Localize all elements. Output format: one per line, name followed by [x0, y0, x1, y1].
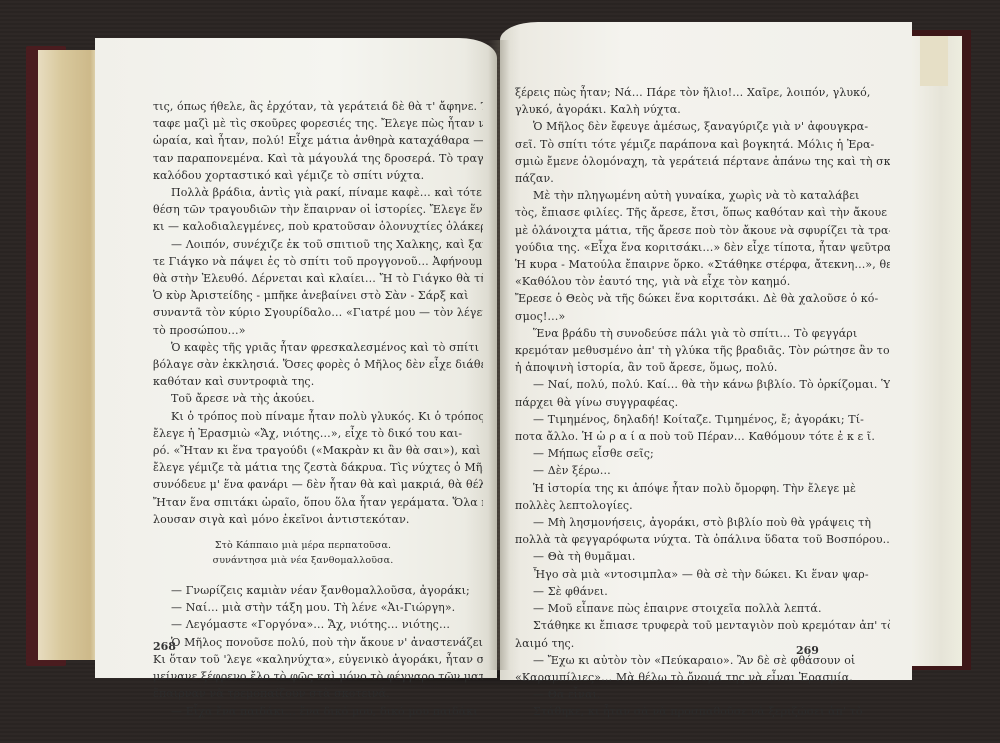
text-line: — Ναί… μιὰ στὴν τάξη μου. Τὴ λένε «Ἀι-Γι…: [153, 599, 483, 616]
text-line: — Μοῦ εἶπανε πὼς ἐπαιρνε στοιχεῖα πολλὰ …: [515, 600, 890, 617]
text-line: πολλὲς λεπτολογίες.: [515, 497, 890, 514]
text-line: βόλαγε σὰν ἐκκλησιά. Ὅσες φορὲς ὁ Μῆλος …: [153, 356, 483, 373]
text-line: σμος!…»: [515, 308, 890, 325]
text-line: τὸς, ἔπιασε φιλίες. Τῆς ἄρεσε, ἔτσι, ὅπω…: [515, 204, 890, 221]
text-line: θὰ στὴν Ἐλευθό. Δέρνεται καὶ κλαίει… Ἤ τ…: [153, 270, 483, 287]
text-line: κι — καλοδιαλεγμένες, ποὺ κρατοῦσαν ὁλον…: [153, 218, 483, 235]
text-line: — Γνωρίζεις καμιὰν νέαν ξανθομαλλοῦσα, ἀ…: [153, 582, 483, 599]
text-line: Κι ὅταν τοῦ 'λεγε «καληνύχτα», εὐγενικὸ …: [153, 651, 483, 668]
text-line: τε Γιάγκο νὰ πάψει ἐς τὸ σπίτι τοῦ προγγ…: [153, 253, 483, 270]
text-line: Μὲ τὴν πληγωμένη αὐτὴ γυναίκα, χωρὶς νὰ …: [515, 187, 890, 204]
text-line: κρεμόταν μεθυσμένο ἀπ' τὴ γλύκα τῆς βραδ…: [515, 342, 890, 359]
text-line: — Λεγόμαστε «Γοργόνα»… Ἄχ, νιότης… νιότη…: [153, 616, 483, 633]
text-line: ταφε μαζὶ μὲ τὶς σκοῦρες φορεσιές της. Ἔ…: [153, 115, 483, 132]
text-line: σεῖ. Τὸ σπίτι τότε γέμιζε παράπονα καὶ β…: [515, 136, 890, 153]
text-line: συναντᾶ τὸν κύριο Σγουρίδαλο… «Γιατρέ μο…: [153, 304, 483, 321]
text-line: μὲ ὁλάνοιχτα μάτια, τῆς ἄρεσε ποὺ τὸν ἄκ…: [515, 222, 890, 239]
text-line: Ἕνα βράδυ τὴ συνοδεύσε πάλι γιὰ τὸ σπίτι…: [515, 325, 890, 342]
text-line: θέση τῶν τραγουδιῶν τὴν ἔπαιρναν οἱ ἱστο…: [153, 201, 483, 218]
text-line: — Τιμημένος, δηλαδή! Κοίταζε. Τιμημένος,…: [515, 411, 890, 428]
text-line: μείνανε ξέφρενο ἔλο τὸ φῶς καὶ μόνο τὸ φ…: [153, 668, 483, 685]
text-line: ρό. «Ἤταν κι ἕνα τραγούδι («Μακρὰν κι ἂν…: [153, 442, 483, 459]
text-line: — Σὲ φθάνει.: [515, 583, 890, 600]
poem-line: συνάντησα μιὰ νέα ξανθομαλλοῦσα.: [153, 553, 453, 568]
text-line: — Ναί, πολύ, πολύ. Καί… θὰ τὴν κάνω βιβλ…: [515, 376, 890, 393]
poem-verse: Στὸ Κάππαιο μιὰ μέρα περπατοῦσα. συνάντη…: [153, 538, 483, 568]
text-line: Ὁ καφὲς τῆς γριᾶς ἦταν φρεσκαλεσμένος κα…: [153, 339, 483, 356]
text-line: «Καθόλου τὸν ἑαυτό της, γιὰ νὰ εἶχε τὸν …: [515, 273, 890, 290]
text-line: — Δὲν ξέρω…: [515, 462, 890, 479]
text-line: Ἤταν ἕνα σπιτάκι ὡραῖο, ὅπου ὅλα ἦταν γε…: [153, 494, 483, 511]
text-line: Ἔρεσε ὁ Θεὸς νὰ τῆς δώκει ἕνα κοριτσάκι.…: [515, 290, 890, 307]
text-line: Ὁ Μῆλος δὲν ἔφευγε ἀμέσως, ξαναγύριζε γι…: [515, 118, 890, 135]
page-block-left-edge: [38, 50, 96, 660]
text-line: γούδια της. «Εἶχα ἕνα κοριτσάκι…» δὲν εἶ…: [515, 239, 890, 256]
text-line: «Καραμπίλιες»… Μὰ θέλω τὸ ὄνομά της νὰ ε…: [515, 669, 890, 686]
text-line: καλόδου χορταστικό καὶ γέμιζε τὸ σπίτι ν…: [153, 167, 483, 184]
text-line: ἔλεγε ἡ Ἐρασμιὼ «Ἄχ, νιότης…», εἶχε τὸ δ…: [153, 425, 483, 442]
text-line: λουσαν σιγὰ καὶ μόνο ἐκεῖνοι ἀντιστεκότα…: [153, 511, 483, 528]
text-line: ἔπαιρναν νὰ τρεμοπαίζουν στὰ σκοτεινά.: [153, 685, 483, 702]
text-line: — Ἔχω κι αὐτὸν τὸν «Πεύκαραιο». Ἂν δὲ σὲ…: [515, 652, 890, 669]
text-line: πάζαν.: [515, 170, 890, 187]
right-page-text: ξέρεις πὼς ἦταν; Νά… Πάρε τὸν ἥλιο!… Χαῖ…: [515, 84, 890, 721]
text-line: καθόταν καὶ συντροφιὰ της.: [153, 373, 483, 390]
poem-line: Στὸ Κάππαιο μιὰ μέρα περπατοῦσα.: [153, 538, 453, 553]
text-line: τὸ προσώπου…»: [153, 322, 483, 339]
text-line: Ἡ κυρα - Ματούλα ἔπαιρνε ὅρκο. «Στάθηκε …: [515, 256, 890, 273]
text-line: ξέρεις πὼς ἦταν; Νά… Πάρε τὸν ἥλιο!… Χαῖ…: [515, 84, 890, 101]
left-page: τις, όπως ήθελε, ἂς ἐρχόταν, τὰ γεράτειά…: [95, 38, 497, 678]
text-line: Πολλὰ βράδια, ἀντὶς γιὰ ρακί, πίναμε καφ…: [153, 184, 483, 201]
left-page-text: τις, όπως ήθελε, ἂς ἐρχόταν, τὰ γεράτειά…: [153, 98, 483, 720]
text-line: ποτα ἄλλο. Ἡ ὡ ρ α ί α ποὺ τοῦ Πέραν… Κα…: [515, 428, 890, 445]
text-line: — Εἶχα ἕνα παιδάκι… ἕνα δικό μου, δικό μ…: [153, 703, 483, 720]
text-line: Στάθηκε κι ἔπιασε τρυφερὰ τοῦ μενταγιὸν …: [515, 617, 890, 634]
text-line: Ἡ ἱστορία της κι ἀπόψε ἦταν πολὺ ὄμορφη.…: [515, 480, 890, 497]
text-line: — Μὴ λησμονήσεις, ἀγοράκι, στὸ βιβλίο πο…: [515, 514, 890, 531]
right-page: ξέρεις πὼς ἦταν; Νά… Πάρε τὸν ἥλιο!… Χαῖ…: [500, 22, 912, 680]
text-line: ταν παραπονεμένα. Καὶ τὰ μάγουλά της δρο…: [153, 150, 483, 167]
text-line: πάρχει θὰ γίνω συγγραφέας.: [515, 394, 890, 411]
text-line: τις, όπως ήθελε, ἂς ἐρχόταν, τὰ γεράτειά…: [153, 98, 483, 115]
text-line: ἡ ἀποψινὴ ἱστορία, ἂν τοῦ ἄρεσε, ὅμως, π…: [515, 359, 890, 376]
page-block-right-edge: [910, 36, 962, 666]
text-line: ὡραία, καὶ ἦταν, πολύ! Εἶχε μάτια ἀνθηρὰ…: [153, 132, 483, 149]
text-line: — Λοιπόν, συνέχιζε ἐκ τοῦ σπιτιοῦ της Χα…: [153, 236, 483, 253]
text-line: — Θὰ εἶναι.: [515, 686, 890, 703]
text-line: γλυκό, ἀγοράκι. Καλὴ νύχτα.: [515, 101, 890, 118]
page-block-right-top: [920, 36, 948, 86]
text-line: πολλὰ τὰ φεγγαρόφωτα νύχτα. Τὰ ὀπάλινα ὕ…: [515, 531, 890, 548]
book-gutter: [488, 40, 510, 670]
text-line: ἔλεγε γέμιζε τὰ μάτια της ζεστὰ δάκρυα. …: [153, 459, 483, 476]
text-line: λαιμό της.: [515, 635, 890, 652]
text-line: Τοῦ ἄρεσε νὰ τὴς ἀκούει.: [153, 390, 483, 407]
text-line: Ὁ κὺρ Ἀριστείδης - μπῆκε ἀνεβαίνει στὸ Σ…: [153, 287, 483, 304]
page-number-right: 269: [796, 644, 819, 657]
text-line: — Θὰ τὴ θυμᾶμαι.: [515, 548, 890, 565]
page-number-left: 268: [153, 640, 176, 653]
text-line: — Μήπως εἶσθε σεῖς;: [515, 445, 890, 462]
text-line: σμιὼ ἔμενε ὁλομόναχη, τὰ γεράτειά πέρταν…: [515, 153, 890, 170]
text-line: Στάθηκε, κι ἦταν σὰ νὰ προσπαθοῦσε νὰ ξε…: [515, 703, 890, 720]
text-line: συνόδευε μ' ἕνα φανάρι — δὲν ἦταν θὰ καὶ…: [153, 476, 483, 493]
text-line: Κι ὁ τρόπος ποὺ πίναμε ἦταν πολὺ γλυκός.…: [153, 408, 483, 425]
text-line: Ἦγο σὰ μιὰ «ντοσιμπλα» — θὰ σὲ τὴν δώκει…: [515, 566, 890, 583]
text-line: Ὁ Μῆλος πονοῦσε πολύ, ποὺ τὴν ἄκουε ν' ἀ…: [153, 634, 483, 651]
